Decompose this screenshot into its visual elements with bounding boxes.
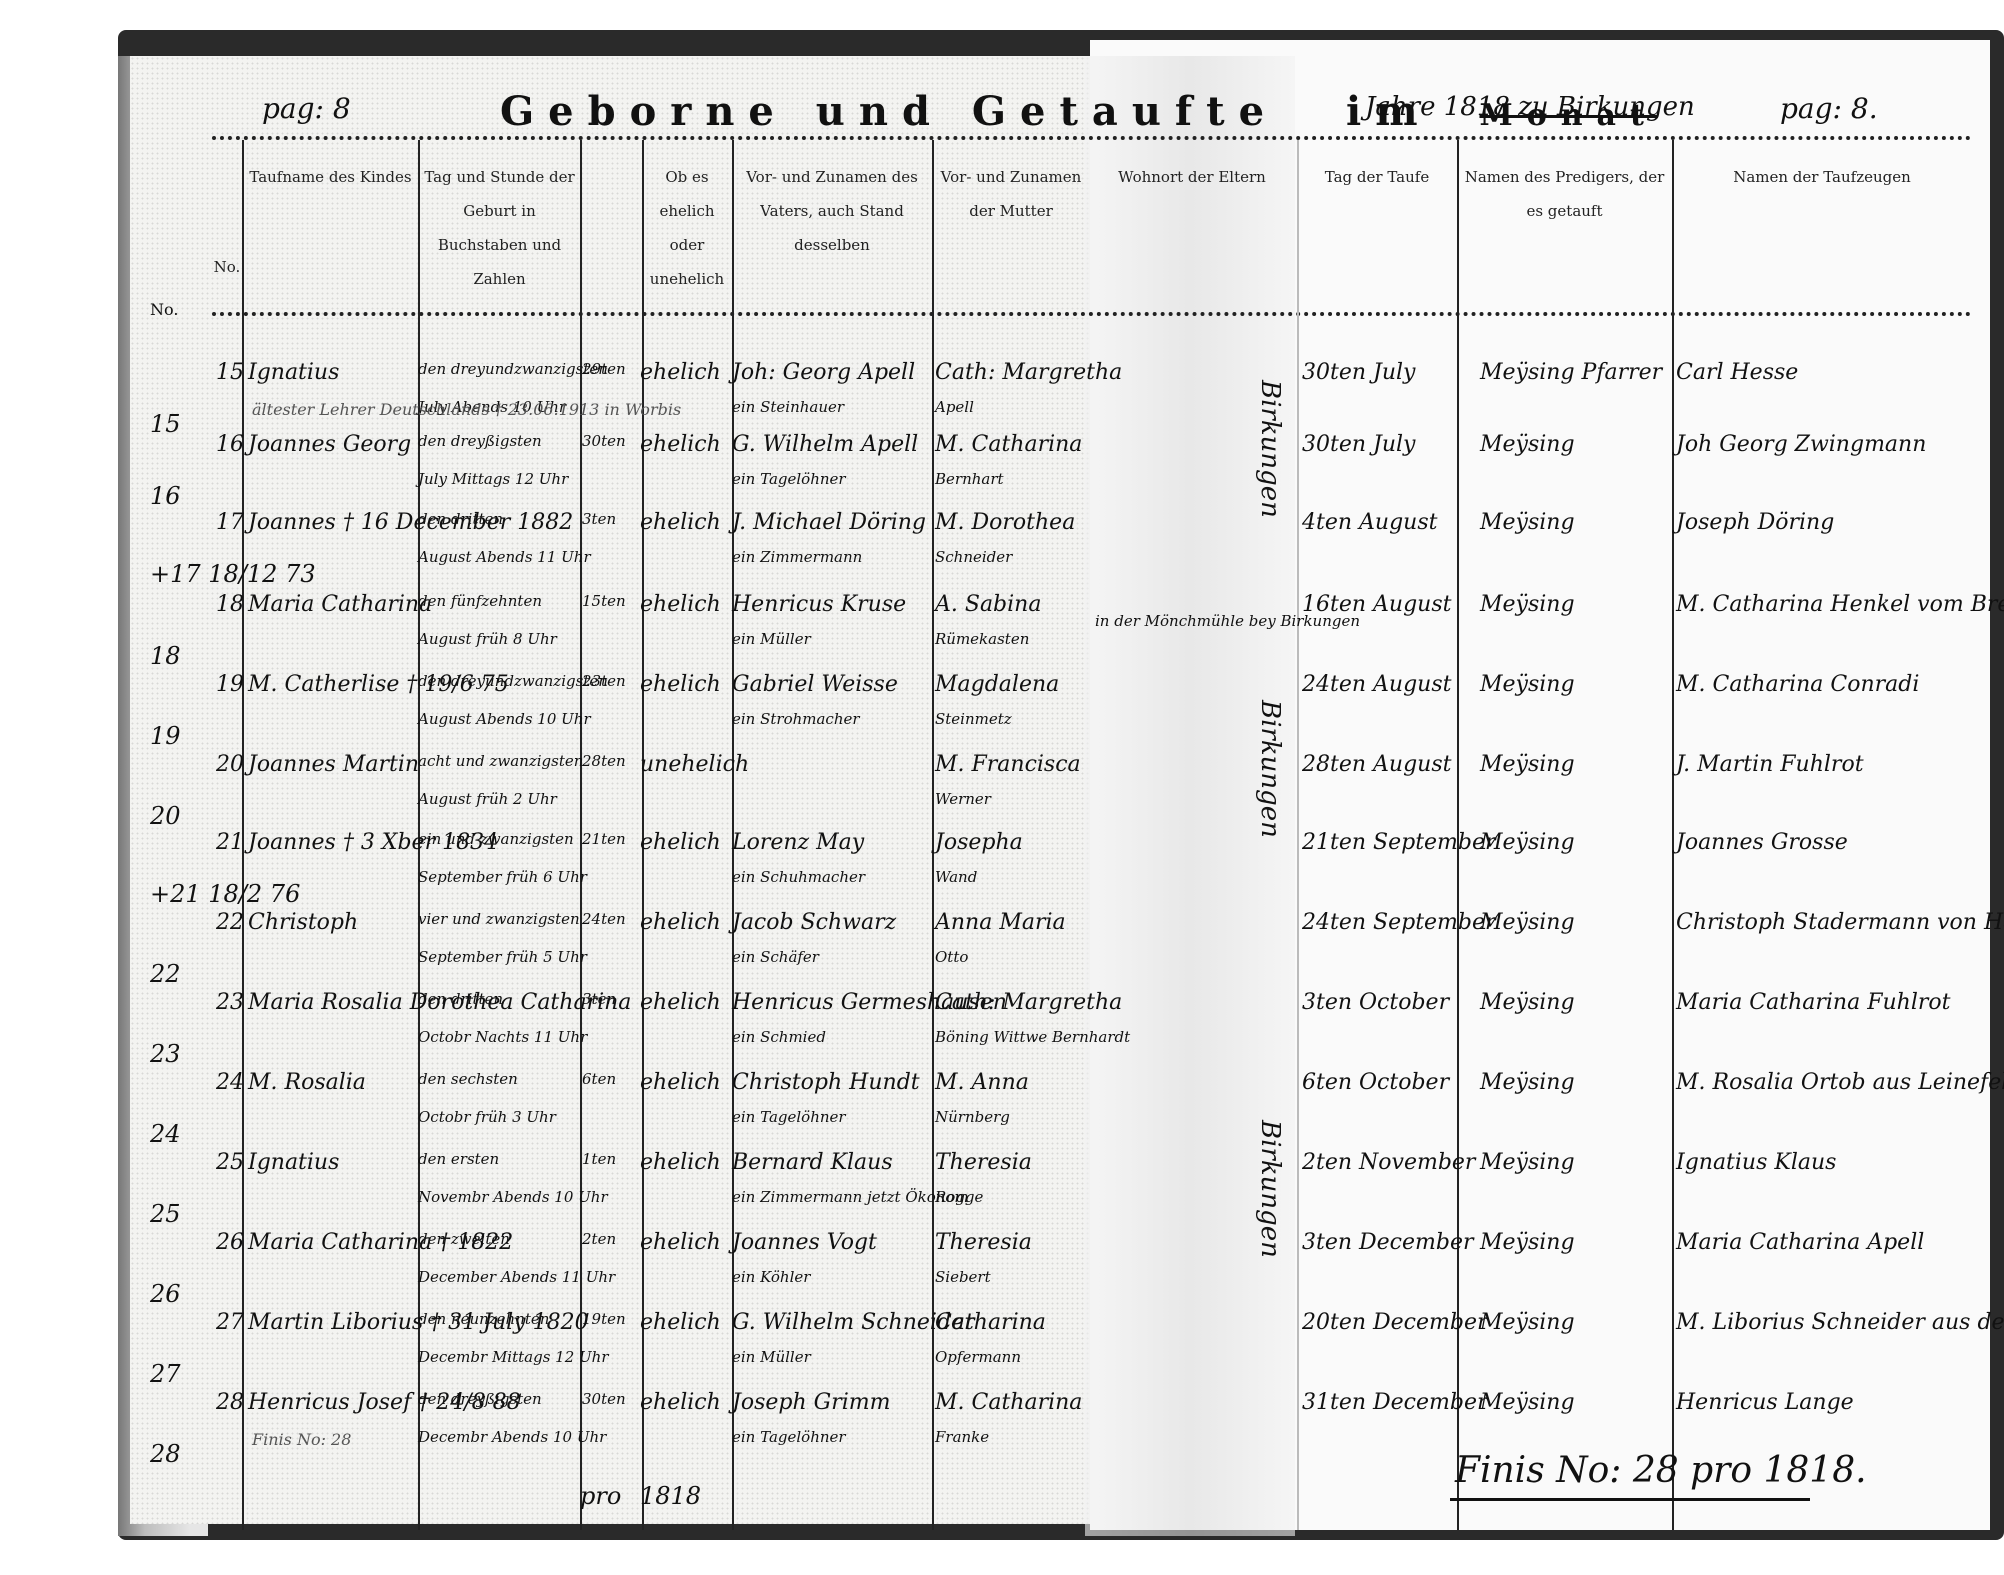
godparents: Joseph Döring — [1676, 510, 1834, 535]
margin-number: 24 — [150, 1120, 181, 1148]
birth-day: 21ten — [582, 830, 626, 848]
father-occupation: ein Müller — [732, 630, 811, 648]
priest-name: Meÿsing — [1480, 1230, 1575, 1255]
title-handwritten: Jahre 1818 zu Birkungen — [1365, 92, 1695, 122]
margin-number: 19 — [150, 722, 181, 750]
father-occupation: ein Zimmermann jetzt Ökonom — [732, 1188, 969, 1206]
margin-number: 23 — [150, 1040, 181, 1068]
priest-name: Meÿsing — [1480, 990, 1575, 1015]
birth-day: 23ten — [582, 672, 626, 690]
margin-no-label: No. — [150, 300, 178, 319]
mother-name: Theresia — [935, 1230, 1032, 1255]
legitimacy: ehelich — [640, 592, 721, 617]
godparents: Carl Hesse — [1676, 360, 1798, 385]
col-header-residence: Wohnort der Eltern — [1092, 160, 1292, 194]
father-name: Gabriel Weisse — [732, 672, 898, 697]
mother-name: M. Catharina — [935, 1390, 1082, 1415]
priest-name: Meÿsing — [1480, 1310, 1575, 1335]
col-divider — [1297, 140, 1299, 1530]
birth-text: den dritten — [418, 510, 503, 528]
baptism-date: 3ten October — [1302, 990, 1449, 1015]
legitimacy: ehelich — [640, 1310, 721, 1335]
child-name: Joannes Georg — [248, 432, 411, 457]
birth-time: July Mittags 12 Uhr — [418, 470, 568, 488]
priest-name: Meÿsing — [1480, 1390, 1575, 1415]
margin-number: 15 — [150, 410, 181, 438]
entry-number: 26 — [216, 1230, 244, 1255]
entry-number: 24 — [216, 1070, 244, 1095]
margin-number: 22 — [150, 960, 181, 988]
birth-text: den dreyßigsten — [418, 1390, 542, 1408]
legitimacy: unehelich — [640, 752, 749, 777]
mother-name: A. Sabina — [935, 592, 1041, 617]
baptism-date: 24ten August — [1302, 672, 1451, 697]
legitimacy: ehelich — [640, 1070, 721, 1095]
residence: in der Mönchmühle bey Birkungen — [1095, 612, 1360, 630]
baptism-date: 28ten August — [1302, 752, 1451, 777]
finis-note: Finis No: 28 pro 1818. — [1455, 1450, 1867, 1491]
priest-name: Meÿsing — [1480, 592, 1575, 617]
entry-number: 23 — [216, 990, 244, 1015]
priest-name: Meÿsing — [1480, 1070, 1575, 1095]
father-name: Lorenz May — [732, 830, 864, 855]
godparents: J. Martin Fuhlrot — [1676, 752, 1864, 777]
birth-time: Octobr Nachts 11 Uhr — [418, 1028, 587, 1046]
mother-surname: Opfermann — [935, 1348, 1021, 1366]
entry-number: 20 — [216, 752, 244, 777]
entry-number: 28 — [216, 1390, 244, 1415]
father-occupation: ein Tagelöhner — [732, 1108, 846, 1126]
birth-text: den dritten — [418, 990, 503, 1008]
mother-surname: Otto — [935, 948, 968, 966]
baptism-date: 30ten July — [1302, 432, 1415, 457]
residence-vertical: Birkungen — [1255, 1120, 1285, 1258]
birth-time: August Abends 11 Uhr — [418, 548, 591, 566]
legitimacy: ehelich — [640, 432, 721, 457]
footer-year: 1818 — [640, 1482, 701, 1510]
baptism-date: 3ten December — [1302, 1230, 1474, 1255]
birth-text: den sechsten — [418, 1070, 518, 1088]
entry-number: 22 — [216, 910, 244, 935]
birth-time: Decembr Abends 10 Uhr — [418, 1428, 606, 1446]
legitimacy: ehelich — [640, 830, 721, 855]
mother-surname: Böning Wittwe Bernhardt — [935, 1028, 1130, 1046]
godparents: Maria Catharina Fuhlrot — [1676, 990, 1950, 1015]
father-name: Joannes Vogt — [732, 1230, 877, 1255]
mother-name: Cath: Margretha — [935, 990, 1122, 1015]
col-header-mother: Vor- und Zunamen der Mutter — [936, 160, 1086, 228]
birth-text: den dreyundzwanzigsten — [418, 360, 608, 378]
birth-text: den ersten — [418, 1150, 499, 1168]
mother-name: M. Anna — [935, 1070, 1029, 1095]
father-occupation: ein Tagelöhner — [732, 1428, 846, 1446]
child-name: Joannes Martin — [248, 752, 419, 777]
priest-name: Meÿsing — [1480, 672, 1575, 697]
birth-day: 3ten — [582, 510, 616, 528]
margin-number: 28 — [150, 1440, 181, 1468]
priest-name: Meÿsing — [1480, 510, 1575, 535]
father-occupation: ein Strohmacher — [732, 710, 860, 728]
father-name: Bernard Klaus — [732, 1150, 893, 1175]
margin-number: 20 — [150, 802, 181, 830]
mother-surname: Werner — [935, 790, 991, 808]
legitimacy: ehelich — [640, 510, 721, 535]
godparents: Joannes Grosse — [1676, 830, 1848, 855]
father-name: J. Michael Döring — [732, 510, 926, 535]
birth-day: 28ten — [582, 752, 626, 770]
birth-text: vier und zwanzigsten — [418, 910, 580, 928]
birth-day: 29ten — [582, 360, 626, 378]
baptism-date: 30ten July — [1302, 360, 1415, 385]
child-name: Ignatius — [248, 360, 339, 385]
col-divider — [1672, 140, 1674, 1530]
birth-time: Decembr Mittags 12 Uhr — [418, 1348, 609, 1366]
godparents: Maria Catharina Apell — [1676, 1230, 1924, 1255]
birth-day: 30ten — [582, 432, 626, 450]
priest-name: Meÿsing — [1480, 910, 1575, 935]
col-header-child: Taufname des Kindes — [248, 160, 413, 194]
col-header-baptism: Tag der Taufe — [1302, 160, 1452, 194]
birth-text: den neunzehnten — [418, 1310, 549, 1328]
godparents: Ignatius Klaus — [1676, 1150, 1836, 1175]
margin-number: +17 18/12 73 — [150, 560, 316, 588]
entry-number: 18 — [216, 592, 244, 617]
footer-pro: pro — [580, 1482, 621, 1510]
birth-time: August Abends 10 Uhr — [418, 710, 591, 728]
col-header-legit: Ob es ehelich oder unehelich — [644, 160, 730, 296]
birth-time: Novembr Abends 10 Uhr — [418, 1188, 608, 1206]
margin-number: 27 — [150, 1360, 181, 1388]
entry-number: 16 — [216, 432, 244, 457]
col-header-birth: Tag und Stunde der Geburt in Buchstaben … — [422, 160, 577, 296]
birth-day: 24ten — [582, 910, 626, 928]
col-header-priest: Namen des Predigers, der es getauft — [1462, 160, 1667, 228]
father-occupation: ein Köhler — [732, 1268, 810, 1286]
birth-text: den dreyundzwanzigsten — [418, 672, 608, 690]
mother-name: Magdalena — [935, 672, 1059, 697]
baptism-date: 24ten September — [1302, 910, 1496, 935]
godparents: Joh Georg Zwingmann — [1676, 432, 1926, 457]
legitimacy: ehelich — [640, 1390, 721, 1415]
father-name: Henricus Kruse — [732, 592, 906, 617]
mother-surname: Rogge — [935, 1188, 983, 1206]
mother-name: Theresia — [935, 1150, 1032, 1175]
birth-day: 1ten — [582, 1150, 616, 1168]
mother-surname: Steinmetz — [935, 710, 1012, 728]
priest-name: Meÿsing — [1480, 432, 1575, 457]
residence-vertical: Birkungen — [1255, 380, 1285, 518]
father-occupation: ein Zimmermann — [732, 548, 862, 566]
baptism-date: 6ten October — [1302, 1070, 1449, 1095]
legitimacy: ehelich — [640, 990, 721, 1015]
margin-number: 16 — [150, 482, 181, 510]
child-name: Ignatius — [248, 1150, 339, 1175]
finis-underline — [1450, 1498, 1810, 1501]
birth-time: December Abends 11 Uhr — [418, 1268, 615, 1286]
father-name: G. Wilhelm Apell — [732, 432, 918, 457]
birth-day: 15ten — [582, 592, 626, 610]
margin-number: +21 18/2 76 — [150, 880, 300, 908]
birth-text: acht und zwanzigsten — [418, 752, 583, 770]
mother-name: Cath: Margretha — [935, 360, 1122, 385]
legitimacy: ehelich — [640, 1150, 721, 1175]
father-name: Christoph Hundt — [732, 1070, 920, 1095]
baptism-date: 31ten December — [1302, 1390, 1488, 1415]
page-number-right: pag: 8. — [1780, 92, 1878, 125]
mother-surname: Franke — [935, 1428, 989, 1446]
entry-number: 19 — [216, 672, 244, 697]
mother-name: Anna Maria — [935, 910, 1066, 935]
col-header-no: No. — [212, 250, 242, 284]
father-occupation: ein Tagelöhner — [732, 470, 846, 488]
entry-number: 15 — [216, 360, 244, 385]
legitimacy: ehelich — [640, 672, 721, 697]
legitimacy: ehelich — [640, 360, 721, 385]
godparents: M. Catharina Henkel vom Breitenholze — [1676, 592, 2004, 617]
mother-name: Catharina — [935, 1310, 1046, 1335]
baptism-date: 2ten November — [1302, 1150, 1475, 1175]
godparents: M. Catharina Conradi — [1676, 672, 1919, 697]
priest-name: Meÿsing — [1480, 752, 1575, 777]
father-name: Joh: Georg Apell — [732, 360, 915, 385]
entry-number: 17 — [216, 510, 244, 535]
birth-text: den fünfzehnten — [418, 592, 542, 610]
father-occupation: ein Schmied — [732, 1028, 826, 1046]
baptism-date: 20ten December — [1302, 1310, 1488, 1335]
mother-name: M. Francisca — [935, 752, 1081, 777]
baptism-date: 21ten September — [1302, 830, 1496, 855]
residence-vertical: Birkungen — [1255, 700, 1285, 838]
priest-name: Meÿsing Pfarrer — [1480, 360, 1662, 385]
birth-day: 2ten — [582, 1230, 616, 1248]
birth-text: den zweiten — [418, 1230, 510, 1248]
mother-surname: Rümekasten — [935, 630, 1029, 648]
entry-number: 21 — [216, 830, 244, 855]
father-occupation: ein Steinhauer — [732, 398, 844, 416]
father-name: Joseph Grimm — [732, 1390, 890, 1415]
child-name: Christoph — [248, 910, 358, 935]
birth-time: Octobr früh 3 Uhr — [418, 1108, 556, 1126]
mother-surname: Apell — [935, 398, 974, 416]
mother-surname: Bernhart — [935, 470, 1004, 488]
child-name: Maria Catharina — [248, 592, 432, 617]
legitimacy: ehelich — [640, 1230, 721, 1255]
birth-text: den dreyßigsten — [418, 432, 542, 450]
birth-day: 19ten — [582, 1310, 626, 1328]
margin-number: 26 — [150, 1280, 181, 1308]
mother-name: M. Dorothea — [935, 510, 1075, 535]
father-occupation: ein Müller — [732, 1348, 811, 1366]
baptism-date: 4ten August — [1302, 510, 1437, 535]
father-occupation: ein Schuhmacher — [732, 868, 865, 886]
mother-surname: Siebert — [935, 1268, 991, 1286]
birth-day: 30ten — [582, 1390, 626, 1408]
birth-time: August früh 2 Uhr — [418, 790, 557, 808]
child-name: M. Rosalia — [248, 1070, 366, 1095]
godparents: M. Liborius Schneider aus der Bahnmühle — [1676, 1310, 2004, 1335]
mother-surname: Wand — [935, 868, 977, 886]
child-annotation: ältester Lehrer Deutschlands † 23.06.191… — [252, 400, 681, 419]
col-header-godparents: Namen der Taufzeugen — [1677, 160, 1967, 194]
child-name: Joannes † 16 December 1882 — [248, 510, 573, 535]
child-annotation: Finis No: 28 — [252, 1430, 351, 1449]
title-print: Geborne und Getaufte — [500, 88, 1278, 135]
godparents: Christoph Stadermann von Hausen — [1676, 910, 2004, 935]
legitimacy: ehelich — [640, 910, 721, 935]
birth-day: 6ten — [582, 1070, 616, 1088]
margin-number: 25 — [150, 1200, 181, 1228]
margin-number: 18 — [150, 642, 181, 670]
col-header-father: Vor- und Zunamen des Vaters, auch Stand … — [736, 160, 928, 262]
mother-surname: Nürnberg — [935, 1108, 1010, 1126]
birth-day: 3ten — [582, 990, 616, 1008]
priest-name: Meÿsing — [1480, 1150, 1575, 1175]
father-name: Jacob Schwarz — [732, 910, 896, 935]
godparents: M. Rosalia Ortob aus Leinefelde — [1676, 1070, 2004, 1095]
birth-time: September früh 6 Uhr — [418, 868, 587, 886]
godparents: Henricus Lange — [1676, 1390, 1854, 1415]
birth-time: August früh 8 Uhr — [418, 630, 557, 648]
mother-surname: Schneider — [935, 548, 1012, 566]
page-number-left: pag: 8 — [262, 92, 351, 125]
mother-name: Josepha — [935, 830, 1023, 855]
father-occupation: ein Schäfer — [732, 948, 819, 966]
mother-name: M. Catharina — [935, 432, 1082, 457]
entry-number: 27 — [216, 1310, 244, 1335]
birth-time: September früh 5 Uhr — [418, 948, 587, 966]
entry-number: 25 — [216, 1150, 244, 1175]
birth-text: ein und zwanzigsten — [418, 830, 574, 848]
priest-name: Meÿsing — [1480, 830, 1575, 855]
